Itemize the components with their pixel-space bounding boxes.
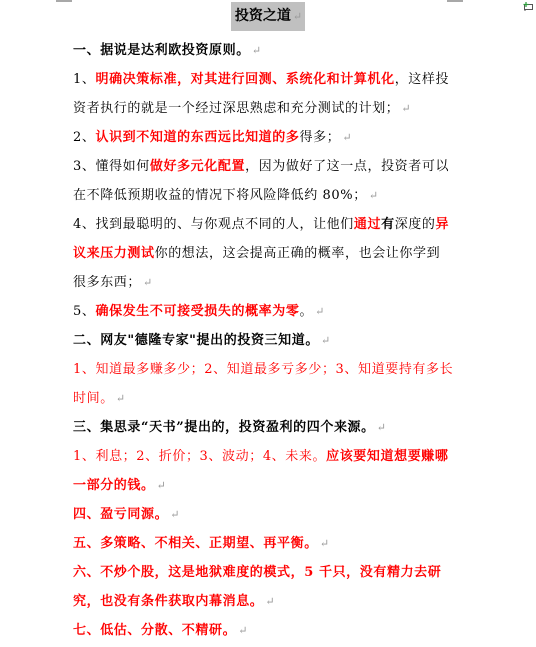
text-run: 一部分的钱。 [73, 478, 155, 493]
paragraph-mark-icon: ↵ [320, 537, 330, 550]
paragraph-mark-icon: ↵ [157, 479, 167, 492]
paragraph: 1、利息；2、折价；3、波动；4、未来。应该要知道想要赚哪一部分的钱。↵ [73, 442, 473, 500]
text-line: 一部分的钱。↵ [73, 471, 473, 500]
paragraph-mark-icon: ↵ [315, 305, 325, 318]
paragraph-mark-icon: ↵ [116, 392, 126, 405]
text-run: 有 [381, 217, 395, 232]
paragraph-mark-icon: ↵ [143, 276, 153, 289]
section-heading: 五、多策略、不相关、正期望、再平衡。↵ [73, 529, 473, 558]
text-line: 七、低估、分散、不精研。↵ [73, 616, 473, 645]
text-run: 时间。 [73, 391, 114, 406]
text-run: 应该要知道想要赚哪 [326, 449, 448, 464]
paragraph-mark-icon: ↵ [401, 102, 411, 115]
text-run: 一、据说是达利欧投资原则。 [73, 43, 250, 58]
section-heading: 七、低估、分散、不精研。↵ [73, 616, 473, 645]
section-heading: 六、不炒个股，这是地狱难度的模式，5 千只，没有精力去研究，也没有条件获取内幕消… [73, 558, 473, 616]
text-run: 很多东西； [73, 275, 141, 290]
section-heading: 三、集思录“天书”提出的，投资盈利的四个来源。↵ [73, 413, 473, 442]
text-line: 1、利息；2、折价；3、波动；4、未来。应该要知道想要赚哪 [73, 442, 473, 471]
text-line: 2、认识到不知道的东西远比知道的多得多；↵ [73, 123, 473, 152]
text-run: 六、不炒个股，这是地狱难度的模式，5 千只，没有精力去研 [73, 565, 441, 580]
document-title-text: 投资之道 [235, 8, 291, 24]
paragraph-mark-icon: ↵ [170, 508, 180, 521]
section-heading: 四、盈亏同源。↵ [73, 500, 473, 529]
text-run: 深度的 [395, 217, 436, 232]
paragraph-mark-icon: ↵ [252, 44, 262, 57]
paragraph: 1、知道最多赚多少；2、知道最多亏多少；3、知道要持有多长时间。↵ [73, 355, 473, 413]
text-run: 。 [300, 304, 314, 319]
text-line: 究，也没有条件获取内幕消息。↵ [73, 587, 473, 616]
text-run: 得多； [300, 130, 341, 145]
paragraph: 1、明确决策标准，对其进行回测、系统化和计算机化，这样投资者执行的就是一个经过深… [73, 65, 473, 123]
paragraph-mark-icon: ↵ [321, 334, 331, 347]
text-run: 做好多元化配置 [150, 159, 245, 174]
text-run: 资者执行的就是一个经过深思熟虑和充分测试的计划； [73, 101, 399, 116]
text-run: 4、找到最聪明的、与你观点不同的人，让他们 [73, 217, 354, 232]
text-run: 确保发生不可接受损失的概率为零 [95, 304, 299, 319]
text-run: 明确决策标准，对其进行回测、系统化和计算机化 [95, 72, 394, 87]
text-run: 议来压力测试 [73, 246, 155, 261]
text-run: 1、 [73, 72, 95, 87]
text-run: 通过 [354, 217, 381, 232]
text-line: 议来压力测试你的想法，这会提高正确的概率，也会让你学到 [73, 239, 473, 268]
document-body[interactable]: 一、据说是达利欧投资原则。↵1、明确决策标准，对其进行回测、系统化和计算机化，这… [73, 36, 473, 645]
text-run: 二、网友"德隆专家"提出的投资三知道。 [73, 333, 319, 348]
section-heading: 一、据说是达利欧投资原则。↵ [73, 36, 473, 65]
text-run: 3、懂得如何 [73, 159, 150, 174]
text-run: 2、 [73, 130, 95, 145]
text-line: 1、知道最多赚多少；2、知道最多亏多少；3、知道要持有多长 [73, 355, 473, 384]
text-line: 3、懂得如何做好多元化配置，因为做好了这一点，投资者可以 [73, 152, 473, 181]
paragraph: 2、认识到不知道的东西远比知道的多得多；↵ [73, 123, 473, 152]
text-run: 五、多策略、不相关、正期望、再平衡。 [73, 536, 318, 551]
text-line: 在不降低预期收益的情况下将风险降低约 80%；↵ [73, 181, 473, 210]
text-line: 一、据说是达利欧投资原则。↵ [73, 36, 473, 65]
text-run: 认识到不知道的东西远比知道的多 [95, 130, 299, 145]
paragraph-mark-icon: ↵ [265, 595, 275, 608]
document-title[interactable]: 投资之道↵ [231, 2, 305, 31]
text-line: 四、盈亏同源。↵ [73, 500, 473, 529]
text-run: 七、低估、分散、不精研。 [73, 623, 236, 638]
paragraph-mark-icon: ↵ [293, 10, 302, 23]
text-line: 4、找到最聪明的、与你观点不同的人，让他们通过有深度的异 [73, 210, 473, 239]
paragraph-mark-icon: ↵ [377, 421, 387, 434]
paragraph: 4、找到最聪明的、与你观点不同的人，让他们通过有深度的异议来压力测试你的想法，这… [73, 210, 473, 297]
text-line: 1、明确决策标准，对其进行回测、系统化和计算机化，这样投 [73, 65, 473, 94]
text-line: 六、不炒个股，这是地狱难度的模式，5 千只，没有精力去研 [73, 558, 473, 587]
text-run: 异 [436, 217, 450, 232]
text-run: 四、盈亏同源。 [73, 507, 168, 522]
title-container: 投资之道↵ [0, 2, 536, 31]
text-run: 在不降低预期收益的情况下将风险降低约 80%； [73, 188, 367, 203]
section-heading: 二、网友"德隆专家"提出的投资三知道。↵ [73, 326, 473, 355]
paragraph-mark-icon: ↵ [342, 131, 352, 144]
text-run: 5、 [73, 304, 95, 319]
text-run: 1、利息；2、折价；3、波动；4、未来。 [73, 449, 326, 464]
text-run: 三、集思录“天书”提出的，投资盈利的四个来源。 [73, 420, 375, 435]
text-line: 五、多策略、不相关、正期望、再平衡。↵ [73, 529, 473, 558]
text-line: 5、确保发生不可接受损失的概率为零。↵ [73, 297, 473, 326]
text-line: 时间。↵ [73, 384, 473, 413]
text-run: ，这样投 [395, 72, 449, 87]
paragraph-mark-icon: ↵ [369, 189, 379, 202]
text-run: 你的想法，这会提高正确的概率，也会让你学到 [155, 246, 441, 261]
text-run: 1、知道最多赚多少；2、知道最多亏多少；3、知道要持有多长 [73, 362, 453, 377]
paragraph-mark-icon: ↵ [238, 624, 248, 637]
paragraph: 5、确保发生不可接受损失的概率为零。↵ [73, 297, 473, 326]
text-run: ，因为做好了这一点，投资者可以 [245, 159, 449, 174]
text-run: 究，也没有条件获取内幕消息。 [73, 594, 263, 609]
paragraph: 3、懂得如何做好多元化配置，因为做好了这一点，投资者可以在不降低预期收益的情况下… [73, 152, 473, 210]
text-line: 很多东西；↵ [73, 268, 473, 297]
text-line: 三、集思录“天书”提出的，投资盈利的四个来源。↵ [73, 413, 473, 442]
text-line: 资者执行的就是一个经过深思熟虑和充分测试的计划；↵ [73, 94, 473, 123]
text-line: 二、网友"德隆专家"提出的投资三知道。↵ [73, 326, 473, 355]
